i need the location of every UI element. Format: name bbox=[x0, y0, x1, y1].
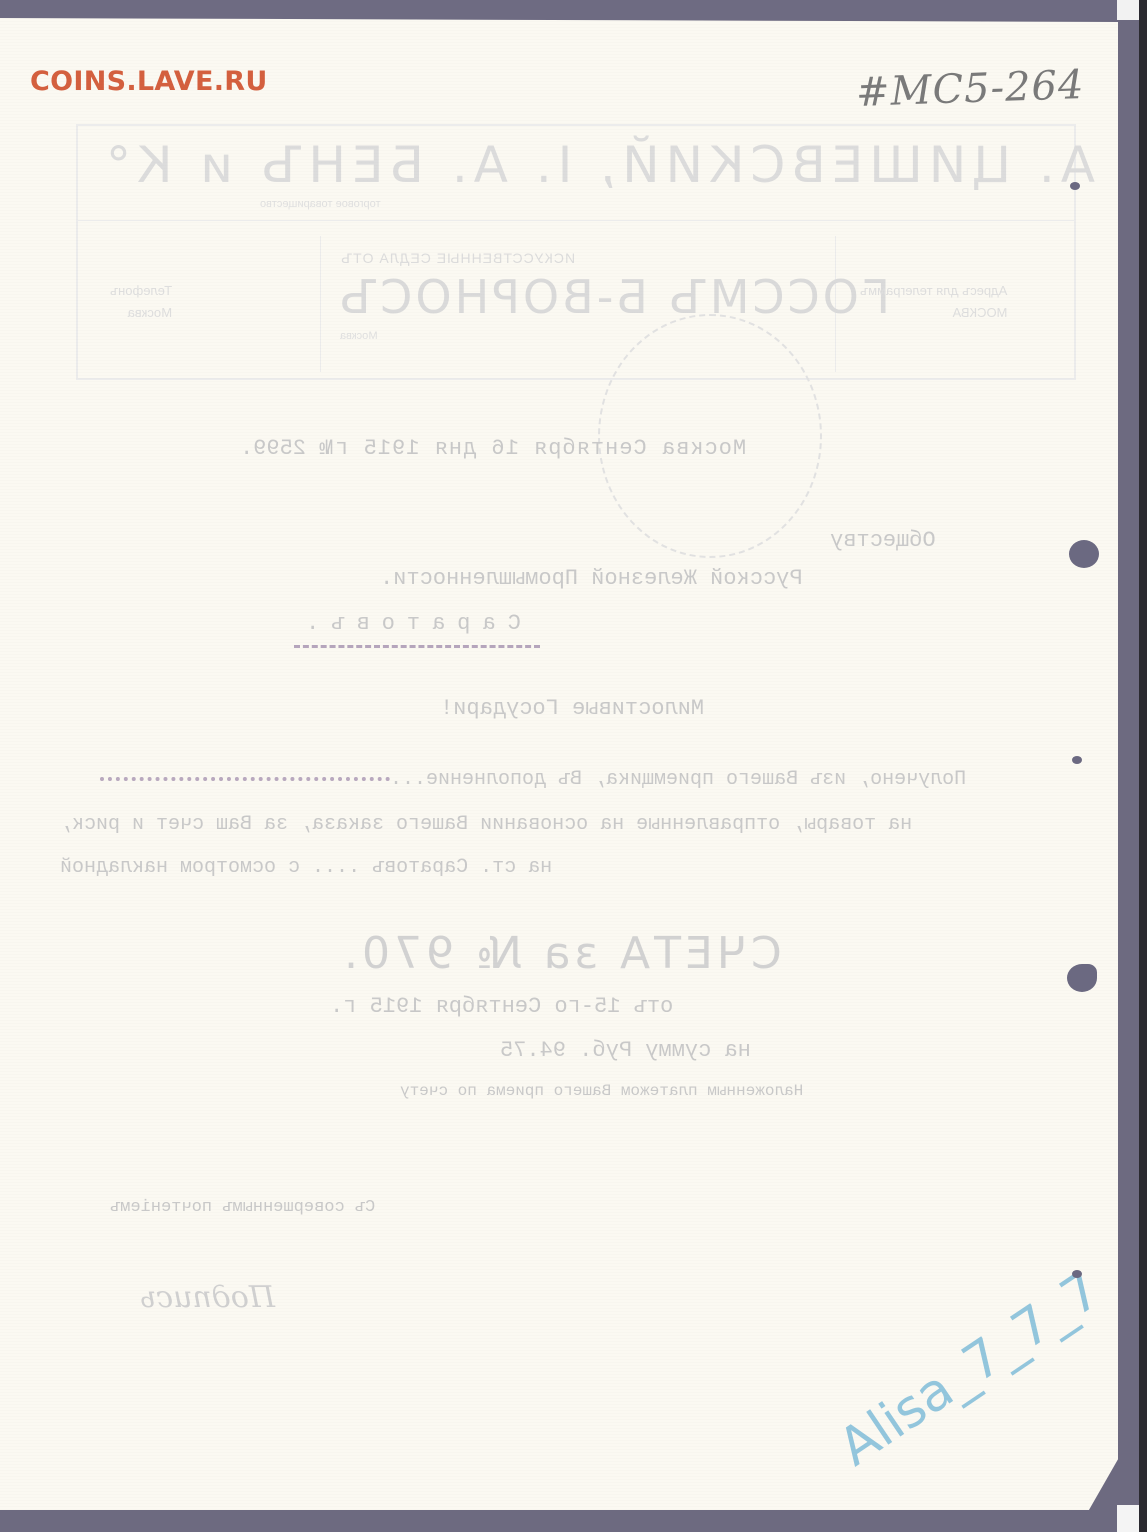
letterhead-divider bbox=[78, 220, 1074, 221]
letterhead-right-block: Адресъ для телеграммъ МОСКВА bbox=[860, 280, 1007, 324]
scanner-edge bbox=[1117, 0, 1139, 20]
company-name: Русской Железной Промышленности. bbox=[380, 566, 802, 591]
punch-hole-icon bbox=[1070, 182, 1080, 190]
letterhead-subtitle: торговое товарищество bbox=[260, 198, 381, 210]
letterhead-brand-city: Москва bbox=[340, 330, 378, 342]
punch-hole-icon bbox=[1072, 1270, 1082, 1278]
paragraph-1: Получено, изъ Вашего приемщика, Въ допол… bbox=[390, 768, 966, 791]
letterhead-brand: ГОССМЪ Б-ВОРНОСЪ bbox=[336, 270, 890, 324]
signature: Подпись bbox=[140, 1280, 275, 1315]
closing-line: Съ совершеннымъ почтеніемъ bbox=[110, 1198, 375, 1217]
city: Саратовъ. bbox=[294, 611, 521, 636]
punch-hole-icon bbox=[1067, 964, 1097, 992]
letterhead-left-line: Телефонъ bbox=[110, 280, 172, 302]
letter-date: Москва Сентября 16 дня 1915 г. bbox=[320, 436, 746, 461]
letterhead-title: А. А. ЦИШЕВСКИЙ, I. А. БЕНЪ и К° bbox=[100, 136, 1147, 194]
paragraph-3: на ст. Саратовъ .... с осмотром накладно… bbox=[60, 856, 552, 879]
punch-hole-icon bbox=[1069, 540, 1099, 568]
letterhead-right-line: Адресъ для телеграммъ bbox=[860, 280, 1007, 302]
scanner-backdrop-right bbox=[1139, 0, 1147, 1532]
greeting: Милостивые Государи! bbox=[440, 696, 704, 721]
invoice-title: СЧЕТА за № 970. bbox=[340, 928, 782, 979]
punch-hole-icon bbox=[1072, 756, 1082, 764]
letterhead-left-block: Телефонъ Москва bbox=[110, 280, 172, 324]
city-underline bbox=[294, 645, 540, 648]
scanner-backdrop-top bbox=[0, 0, 1147, 20]
scanner-edge bbox=[1117, 1505, 1139, 1532]
letterhead-right-line: МОСКВА bbox=[860, 302, 1007, 324]
invoice-sum: на сумму Руб. 94.75 bbox=[500, 1038, 751, 1063]
addressee: Обществу bbox=[830, 528, 936, 553]
paragraph-2: на товары, отправленные на основании Ваш… bbox=[60, 813, 912, 836]
letter-number: № 2599. bbox=[240, 436, 332, 461]
site-watermark: COINS.LAVE.RU bbox=[30, 66, 268, 97]
user-watermark: Alisa_7_7_7 bbox=[828, 1260, 1111, 1478]
invoice-date: отъ 15-го Сентября 1915 г. bbox=[330, 994, 673, 1019]
cash-note: Наложенным платежом Вашего приема по сче… bbox=[400, 1082, 803, 1100]
paragraph-dash-line bbox=[100, 777, 390, 781]
letterhead-brand-caption: ИСКУССТВЕННЫЕ СЕДЛА ОТЪ bbox=[340, 250, 575, 266]
handwritten-catalog-number: #MC5-264 bbox=[855, 62, 1085, 116]
paper-sheet: А. А. ЦИШЕВСКИЙ, I. А. БЕНЪ и К° торгово… bbox=[0, 18, 1118, 1510]
letterhead-left-line: Москва bbox=[110, 302, 172, 324]
